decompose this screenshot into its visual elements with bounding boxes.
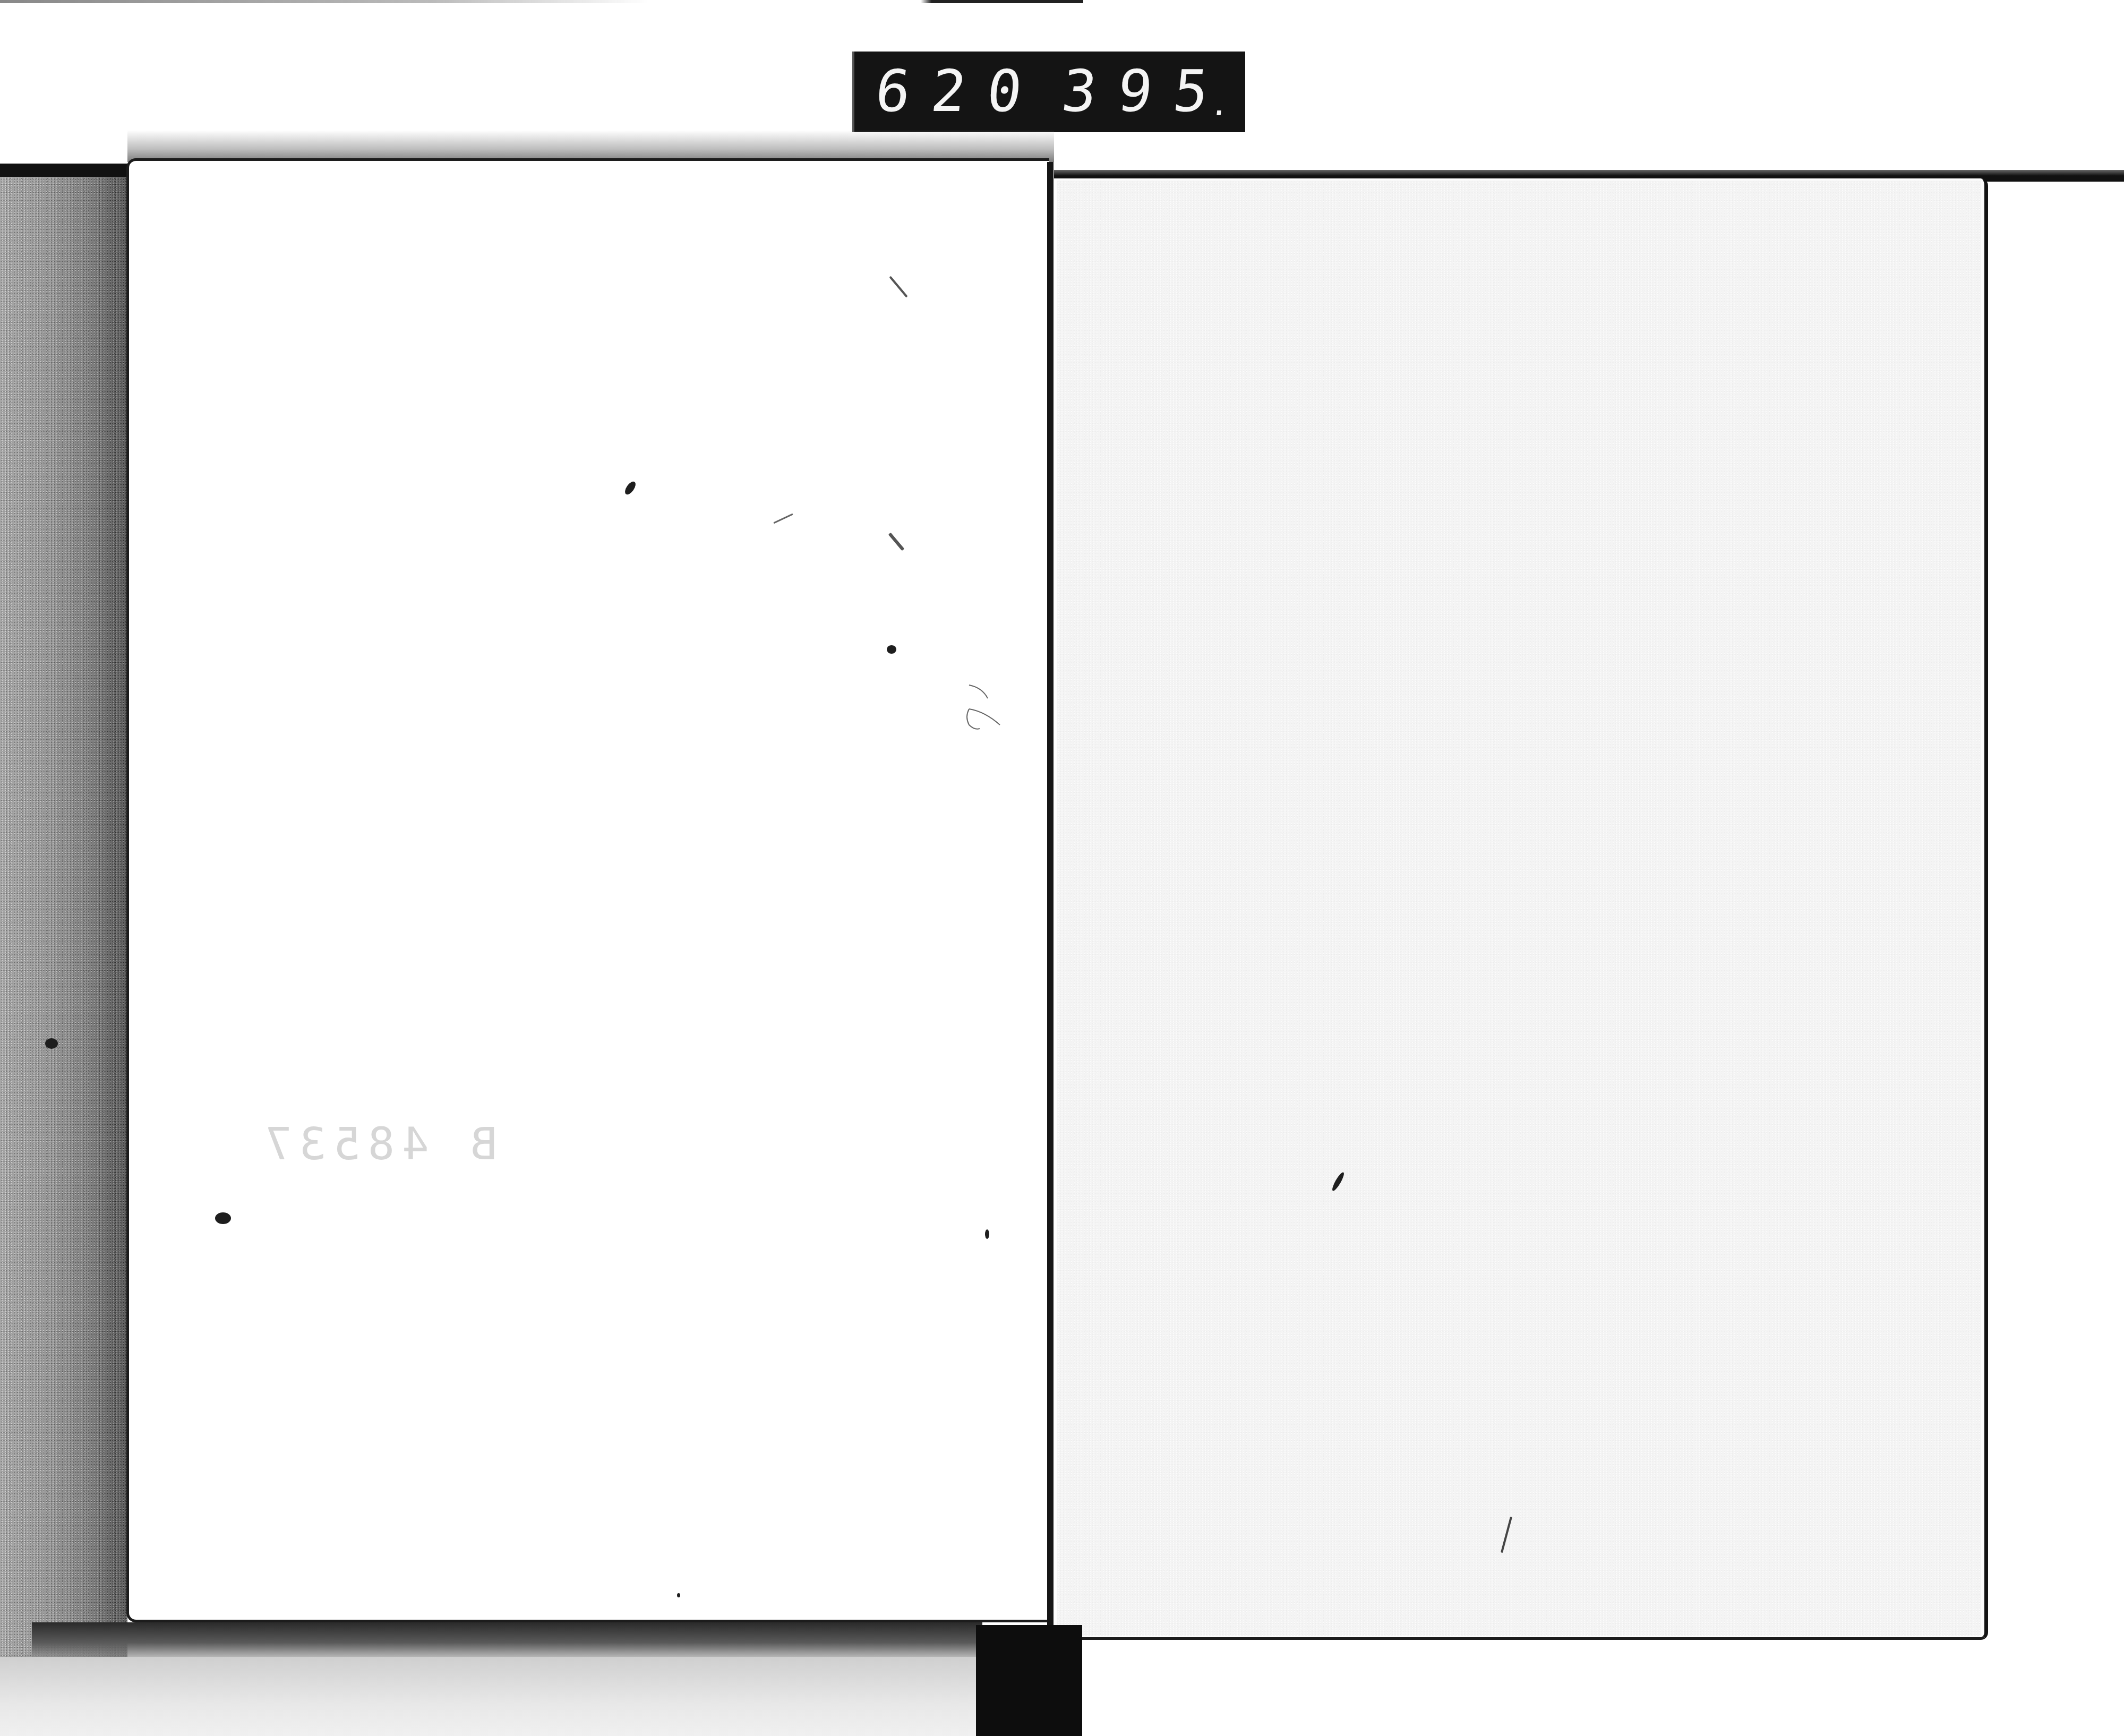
dust-speck (45, 1038, 58, 1049)
frame-counter-digit: 5 (1170, 63, 1211, 121)
cover-top-edge (0, 164, 127, 177)
right-page-texture (1057, 181, 1981, 1636)
page-top-shadow (127, 130, 1054, 162)
frame-counter-left: 620 (876, 63, 1022, 121)
frame-counter-digit: 2 (928, 63, 969, 121)
book-spine (1047, 162, 1054, 1630)
page-bottom-shadow (32, 1622, 982, 1660)
pencil-mark (958, 680, 1006, 738)
frame-counter-right: 395. (1062, 63, 1229, 121)
left-page (126, 158, 1049, 1622)
spine-shadow-block (976, 1625, 1082, 1736)
frame-counter: 620 395. (852, 52, 1245, 132)
dust-speck (887, 645, 896, 654)
dust-speck (985, 1229, 989, 1239)
dust-speck (215, 1212, 231, 1224)
film-top-edge (0, 0, 1083, 3)
frame-counter-digit: 0 (984, 63, 1024, 121)
scanner-bed (0, 1657, 982, 1736)
frame-counter-digit: 3 (1059, 63, 1099, 121)
dust-speck (677, 1593, 680, 1597)
bleed-through-text: B 48537 (258, 1118, 498, 1170)
frame-counter-digit: 6 (872, 63, 913, 121)
frame-counter-digit: 9 (1115, 63, 1155, 121)
book-edge-texture (0, 175, 127, 1736)
frame-counter-digit: . (1209, 89, 1231, 121)
